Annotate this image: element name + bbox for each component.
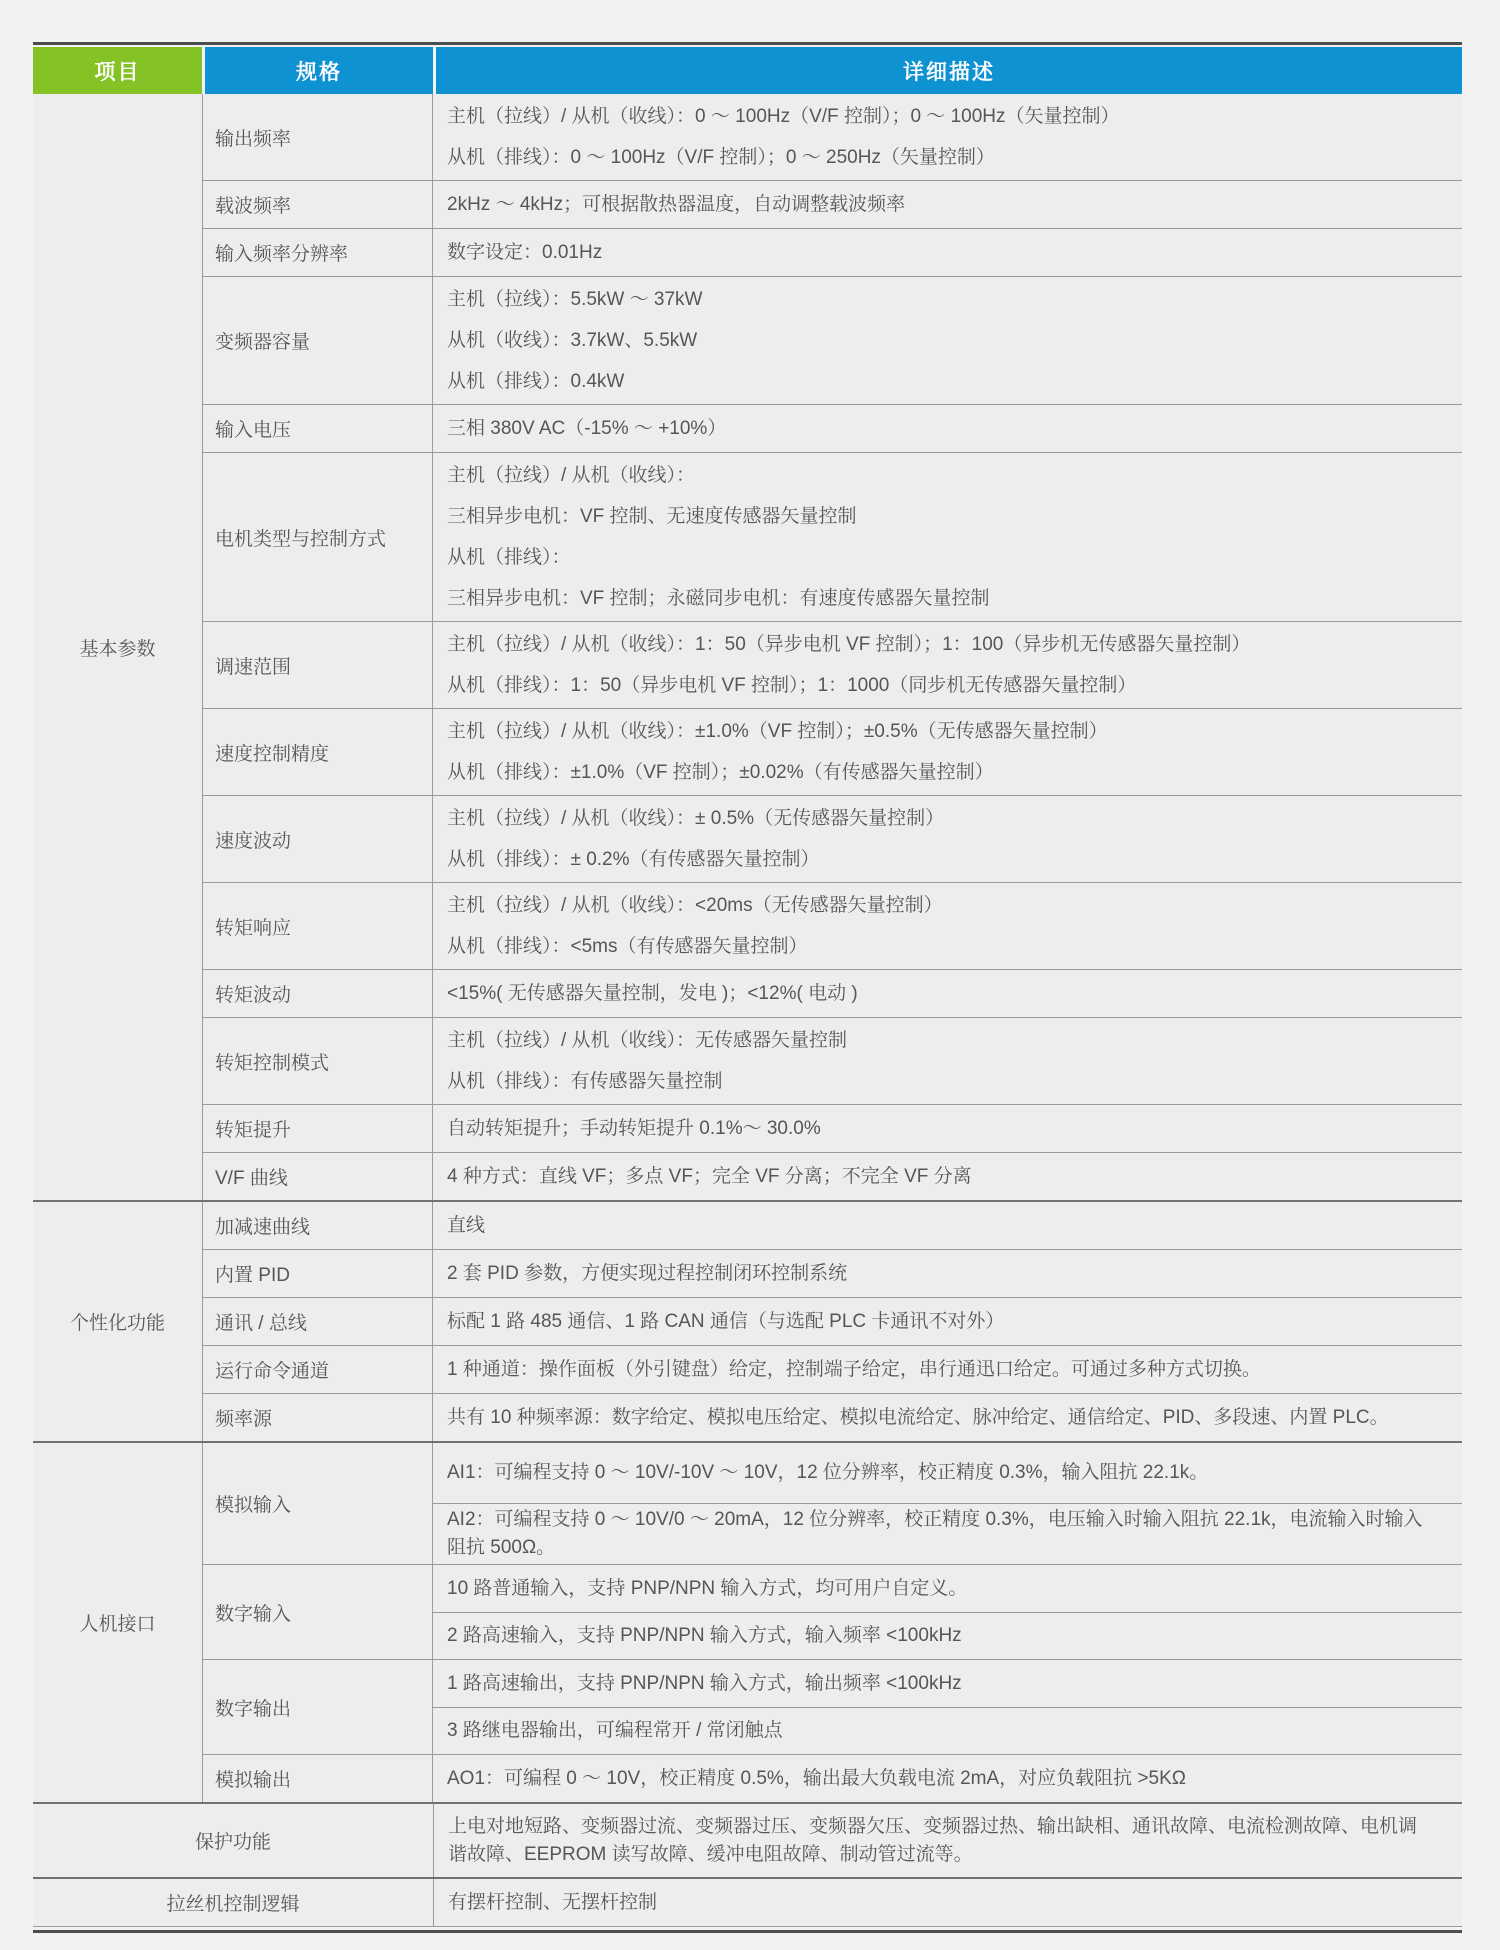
spec-sheet-page: 项目 规格 详细描述 基本参数输出频率主机（拉线）/ 从机（收线）：0 ～ 10… [0,0,1500,1950]
spec-row: 速度波动主机（拉线）/ 从机（收线）：± 0.5%（无传感器矢量控制）从机（排线… [203,795,1462,882]
table-top-rule [33,42,1462,45]
spec-row: 模拟输入AI1：可编程支持 0 ～ 10V/-10V ～ 10V，12 位分辨率… [203,1443,1462,1564]
spec-row: 模拟输出AO1：可编程 0 ～ 10V，校正精度 0.5%，输出最大负载电流 2… [203,1754,1462,1802]
description-rows: 直线 [433,1202,1462,1249]
description-cell: 主机（拉线）/ 从机（收线）：0 ～ 100Hz（V/F 控制）；0 ～ 100… [433,94,1462,180]
spec-label: 载波频率 [203,181,433,228]
spec-row: 转矩控制模式主机（拉线）/ 从机（收线）：无传感器矢量控制从机（排线）：有传感器… [203,1017,1462,1104]
description-cell: 上电对地短路、变频器过流、变频器过压、变频器欠压、变频器过热、输出缺相、通讯故障… [434,1804,1462,1877]
description-line: 从机（排线）：1：50（异步电机 VF 控制）；1：1000（同步机无传感器矢量… [433,665,1462,706]
description-line: AI2：可编程支持 0 ～ 10V/0 ～ 20mA，12 位分辨率，校正精度 … [433,1500,1462,1569]
spec-label: 电机类型与控制方式 [203,453,433,621]
spec-row: 电机类型与控制方式主机（拉线）/ 从机（收线）：三相异步电机：VF 控制、无速度… [203,452,1462,621]
description-cell: 3 路继电器输出，可编程常开 / 常闭触点 [433,1707,1462,1754]
description-line: 上电对地短路、变频器过流、变频器过压、变频器欠压、变频器过热、输出缺相、通讯故障… [434,1806,1462,1875]
description-line: 三相异步电机：VF 控制；永磁同步电机：有速度传感器矢量控制 [433,578,1462,619]
description-line: AO1：可编程 0 ～ 10V，校正精度 0.5%，输出最大负载电流 2mA，对… [433,1758,1462,1799]
description-rows: 2kHz ～ 4kHz；可根据散热器温度，自动调整载波频率 [433,181,1462,228]
spec-label: 数字输出 [203,1660,433,1754]
spec-label: 输入频率分辨率 [203,229,433,276]
description-line: 2kHz ～ 4kHz；可根据散热器温度，自动调整载波频率 [433,184,1462,225]
description-cell: 直线 [433,1202,1462,1249]
description-cell: 2 路高速输入，支持 PNP/NPN 输入方式，输入频率 <100kHz [433,1612,1462,1659]
spec-row: 有摆杆控制、无摆杆控制 [434,1879,1462,1926]
spec-row: 速度控制精度主机（拉线）/ 从机（收线）：±1.0%（VF 控制）；±0.5%（… [203,708,1462,795]
description-line: 主机（拉线）/ 从机（收线）：± 0.5%（无传感器矢量控制） [433,798,1462,839]
item-label: 保护功能 [33,1804,434,1877]
description-cell: 主机（拉线）/ 从机（收线）：± 0.5%（无传感器矢量控制）从机（排线）：± … [433,796,1462,882]
description-rows: 主机（拉线）/ 从机（收线）：<20ms（无传感器矢量控制）从机（排线）：<5m… [433,883,1462,969]
description-line: 主机（拉线）：5.5kW ～ 37kW [433,279,1462,320]
spec-row: 内置 PID2 套 PID 参数，方便实现过程控制闭环控制系统 [203,1249,1462,1297]
description-line: 2 套 PID 参数，方便实现过程控制闭环控制系统 [433,1253,1462,1294]
description-cell: 主机（拉线）/ 从机（收线）：三相异步电机：VF 控制、无速度传感器矢量控制从机… [433,453,1462,621]
description-line: 有摆杆控制、无摆杆控制 [434,1882,1462,1923]
spec-row: 运行命令通道1 种通道：操作面板（外引键盘）给定，控制端子给定，串行通迅口给定。… [203,1345,1462,1393]
spec-row: 调速范围主机（拉线）/ 从机（收线）：1：50（异步电机 VF 控制）；1：10… [203,621,1462,708]
description-rows: 三相 380V AC（-15% ～ +10%） [433,405,1462,452]
section-1: 个性化功能加减速曲线直线内置 PID2 套 PID 参数，方便实现过程控制闭环控… [33,1200,1462,1441]
description-rows: AO1：可编程 0 ～ 10V，校正精度 0.5%，输出最大负载电流 2mA，对… [433,1755,1462,1802]
description-line: 直线 [433,1205,1462,1246]
description-rows: 10 路普通输入，支持 PNP/NPN 输入方式，均可用户自定义。2 路高速输入… [433,1565,1462,1659]
description-cell: 数字设定：0.01Hz [433,229,1462,276]
description-line: 主机（拉线）/ 从机（收线）：无传感器矢量控制 [433,1020,1462,1061]
description-line: 10 路普通输入，支持 PNP/NPN 输入方式，均可用户自定义。 [433,1568,1462,1609]
spec-row: 频率源共有 10 种频率源：数字给定、模拟电压给定、模拟电流给定、脉冲给定、通信… [203,1393,1462,1441]
description-rows: 数字设定：0.01Hz [433,229,1462,276]
description-rows: <15%( 无传感器矢量控制，发电 )；<12%( 电动 ) [433,970,1462,1017]
spec-label: 运行命令通道 [203,1346,433,1393]
spec-row: 输出频率主机（拉线）/ 从机（收线）：0 ～ 100Hz（V/F 控制）；0 ～… [203,94,1462,180]
description-line: AI1：可编程支持 0 ～ 10V/-10V ～ 10V，12 位分辨率，校正精… [433,1453,1462,1494]
description-rows: 有摆杆控制、无摆杆控制 [434,1879,1462,1926]
spec-table: 项目 规格 详细描述 基本参数输出频率主机（拉线）/ 从机（收线）：0 ～ 10… [33,42,1462,1933]
spec-label: 输出频率 [203,94,433,180]
section-groups: 有摆杆控制、无摆杆控制 [434,1879,1462,1926]
item-label: 基本参数 [33,94,203,1200]
table-body: 基本参数输出频率主机（拉线）/ 从机（收线）：0 ～ 100Hz（V/F 控制）… [33,94,1462,1927]
description-rows: AI1：可编程支持 0 ～ 10V/-10V ～ 10V，12 位分辨率，校正精… [433,1443,1462,1564]
table-bottom-rule [33,1930,1462,1933]
description-line: 4 种方式：直线 VF；多点 VF；完全 VF 分离；不完全 VF 分离 [433,1156,1462,1197]
description-rows: 主机（拉线）/ 从机（收线）：±1.0%（VF 控制）；±0.5%（无传感器矢量… [433,709,1462,795]
description-cell: 1 种通道：操作面板（外引键盘）给定，控制端子给定，串行通迅口给定。可通过多种方… [433,1346,1462,1393]
description-line: 从机（收线）：3.7kW、5.5kW [433,320,1462,361]
spec-row: 上电对地短路、变频器过流、变频器过压、变频器欠压、变频器过热、输出缺相、通讯故障… [434,1804,1462,1877]
description-cell: 主机（拉线）：5.5kW ～ 37kW从机（收线）：3.7kW、5.5kW从机（… [433,277,1462,404]
table-header-row: 项目 规格 详细描述 [33,47,1462,94]
spec-row: 通讯 / 总线标配 1 路 485 通信、1 路 CAN 通信（与选配 PLC … [203,1297,1462,1345]
description-line: 主机（拉线）/ 从机（收线）：<20ms（无传感器矢量控制） [433,885,1462,926]
description-cell: 主机（拉线）/ 从机（收线）：±1.0%（VF 控制）；±0.5%（无传感器矢量… [433,709,1462,795]
section-groups: 加减速曲线直线内置 PID2 套 PID 参数，方便实现过程控制闭环控制系统通讯… [203,1202,1462,1441]
description-line: 共有 10 种频率源：数字给定、模拟电压给定、模拟电流给定、脉冲给定、通信给定、… [433,1397,1462,1438]
description-cell: 有摆杆控制、无摆杆控制 [434,1879,1462,1926]
spec-row: 载波频率2kHz ～ 4kHz；可根据散热器温度，自动调整载波频率 [203,180,1462,228]
description-cell: 10 路普通输入，支持 PNP/NPN 输入方式，均可用户自定义。 [433,1565,1462,1612]
description-rows: 主机（拉线）/ 从机（收线）：三相异步电机：VF 控制、无速度传感器矢量控制从机… [433,453,1462,621]
description-cell: 标配 1 路 485 通信、1 路 CAN 通信（与选配 PLC 卡通讯不对外） [433,1298,1462,1345]
description-rows: 主机（拉线）/ 从机（收线）：无传感器矢量控制从机（排线）：有传感器矢量控制 [433,1018,1462,1104]
description-cell: 主机（拉线）/ 从机（收线）：无传感器矢量控制从机（排线）：有传感器矢量控制 [433,1018,1462,1104]
section-4: 拉丝机控制逻辑有摆杆控制、无摆杆控制 [33,1877,1462,1926]
description-rows: 1 种通道：操作面板（外引键盘）给定，控制端子给定，串行通迅口给定。可通过多种方… [433,1346,1462,1393]
spec-label: 变频器容量 [203,277,433,404]
description-line: 从机（排线）：有传感器矢量控制 [433,1061,1462,1102]
description-rows: 主机（拉线）/ 从机（收线）：1：50（异步电机 VF 控制）；1：100（异步… [433,622,1462,708]
description-rows: 2 套 PID 参数，方便实现过程控制闭环控制系统 [433,1250,1462,1297]
spec-label: 转矩控制模式 [203,1018,433,1104]
section-2: 人机接口模拟输入AI1：可编程支持 0 ～ 10V/-10V ～ 10V，12 … [33,1441,1462,1802]
spec-row: 数字输入10 路普通输入，支持 PNP/NPN 输入方式，均可用户自定义。2 路… [203,1564,1462,1659]
section-groups: 模拟输入AI1：可编程支持 0 ～ 10V/-10V ～ 10V，12 位分辨率… [203,1443,1462,1802]
spec-row: 加减速曲线直线 [203,1202,1462,1249]
section-groups: 上电对地短路、变频器过流、变频器过压、变频器欠压、变频器过热、输出缺相、通讯故障… [434,1804,1462,1877]
spec-label: 转矩提升 [203,1105,433,1152]
description-cell: AO1：可编程 0 ～ 10V，校正精度 0.5%，输出最大负载电流 2mA，对… [433,1755,1462,1802]
spec-label: 转矩波动 [203,970,433,1017]
description-cell: 主机（拉线）/ 从机（收线）：1：50（异步电机 VF 控制）；1：100（异步… [433,622,1462,708]
description-cell: 2 套 PID 参数，方便实现过程控制闭环控制系统 [433,1250,1462,1297]
description-rows: 主机（拉线）：5.5kW ～ 37kW从机（收线）：3.7kW、5.5kW从机（… [433,277,1462,404]
spec-label: V/F 曲线 [203,1153,433,1200]
description-line: 主机（拉线）/ 从机（收线）：1：50（异步电机 VF 控制）；1：100（异步… [433,624,1462,665]
description-rows: 标配 1 路 485 通信、1 路 CAN 通信（与选配 PLC 卡通讯不对外） [433,1298,1462,1345]
spec-row: 转矩提升自动转矩提升；手动转矩提升 0.1%～ 30.0% [203,1104,1462,1152]
item-label: 个性化功能 [33,1202,203,1441]
description-cell: 1 路高速输出，支持 PNP/NPN 输入方式，输出频率 <100kHz [433,1660,1462,1707]
description-rows: 主机（拉线）/ 从机（收线）：0 ～ 100Hz（V/F 控制）；0 ～ 100… [433,94,1462,180]
description-cell: AI2：可编程支持 0 ～ 10V/0 ～ 20mA，12 位分辨率，校正精度 … [433,1503,1462,1564]
description-line: 从机（排线）：0.4kW [433,361,1462,402]
section-3: 保护功能上电对地短路、变频器过流、变频器过压、变频器欠压、变频器过热、输出缺相、… [33,1802,1462,1877]
description-rows: 共有 10 种频率源：数字给定、模拟电压给定、模拟电流给定、脉冲给定、通信给定、… [433,1394,1462,1441]
description-line: 1 种通道：操作面板（外引键盘）给定，控制端子给定，串行通迅口给定。可通过多种方… [433,1349,1462,1390]
description-line: 从机（排线）：±1.0%（VF 控制）；±0.02%（有传感器矢量控制） [433,752,1462,793]
col-header-spec: 规格 [205,47,433,94]
description-cell: 三相 380V AC（-15% ～ +10%） [433,405,1462,452]
description-cell: 共有 10 种频率源：数字给定、模拟电压给定、模拟电流给定、脉冲给定、通信给定、… [433,1394,1462,1441]
description-line: 主机（拉线）/ 从机（收线）：0 ～ 100Hz（V/F 控制）；0 ～ 100… [433,96,1462,137]
col-header-item: 项目 [33,47,202,94]
spec-row: 输入电压三相 380V AC（-15% ～ +10%） [203,404,1462,452]
spec-row: 变频器容量主机（拉线）：5.5kW ～ 37kW从机（收线）：3.7kW、5.5… [203,276,1462,404]
description-line: 自动转矩提升；手动转矩提升 0.1%～ 30.0% [433,1108,1462,1149]
section-0: 基本参数输出频率主机（拉线）/ 从机（收线）：0 ～ 100Hz（V/F 控制）… [33,94,1462,1200]
col-header-description: 详细描述 [436,47,1462,94]
description-rows: 主机（拉线）/ 从机（收线）：± 0.5%（无传感器矢量控制）从机（排线）：± … [433,796,1462,882]
description-cell: AI1：可编程支持 0 ～ 10V/-10V ～ 10V，12 位分辨率，校正精… [433,1443,1462,1503]
spec-row: V/F 曲线4 种方式：直线 VF；多点 VF；完全 VF 分离；不完全 VF … [203,1152,1462,1200]
description-line: 三相 380V AC（-15% ～ +10%） [433,408,1462,449]
description-line: <15%( 无传感器矢量控制，发电 )；<12%( 电动 ) [433,973,1462,1014]
description-rows: 上电对地短路、变频器过流、变频器过压、变频器欠压、变频器过热、输出缺相、通讯故障… [434,1804,1462,1877]
description-line: 三相异步电机：VF 控制、无速度传感器矢量控制 [433,496,1462,537]
description-line: 从机（排线）： [433,537,1462,578]
description-line: 从机（排线）：0 ～ 100Hz（V/F 控制）；0 ～ 250Hz（矢量控制） [433,137,1462,178]
section-groups: 输出频率主机（拉线）/ 从机（收线）：0 ～ 100Hz（V/F 控制）；0 ～… [203,94,1462,1200]
spec-row: 转矩响应主机（拉线）/ 从机（收线）：<20ms（无传感器矢量控制）从机（排线）… [203,882,1462,969]
description-cell: <15%( 无传感器矢量控制，发电 )；<12%( 电动 ) [433,970,1462,1017]
spec-row: 转矩波动<15%( 无传感器矢量控制，发电 )；<12%( 电动 ) [203,969,1462,1017]
spec-label: 速度控制精度 [203,709,433,795]
description-line: 主机（拉线）/ 从机（收线）： [433,455,1462,496]
description-line: 主机（拉线）/ 从机（收线）：±1.0%（VF 控制）；±0.5%（无传感器矢量… [433,711,1462,752]
description-line: 标配 1 路 485 通信、1 路 CAN 通信（与选配 PLC 卡通讯不对外） [433,1301,1462,1342]
spec-label: 速度波动 [203,796,433,882]
spec-label: 频率源 [203,1394,433,1441]
description-cell: 2kHz ～ 4kHz；可根据散热器温度，自动调整载波频率 [433,181,1462,228]
spec-label: 模拟输出 [203,1755,433,1802]
description-line: 2 路高速输入，支持 PNP/NPN 输入方式，输入频率 <100kHz [433,1616,1462,1657]
spec-label: 加减速曲线 [203,1202,433,1249]
description-line: 1 路高速输出，支持 PNP/NPN 输入方式，输出频率 <100kHz [433,1663,1462,1704]
spec-label: 转矩响应 [203,883,433,969]
description-cell: 4 种方式：直线 VF；多点 VF；完全 VF 分离；不完全 VF 分离 [433,1153,1462,1200]
item-label: 拉丝机控制逻辑 [33,1879,434,1926]
description-rows: 1 路高速输出，支持 PNP/NPN 输入方式，输出频率 <100kHz3 路继… [433,1660,1462,1754]
spec-label: 输入电压 [203,405,433,452]
spec-label: 数字输入 [203,1565,433,1659]
spec-label: 调速范围 [203,622,433,708]
description-line: 3 路继电器输出，可编程常开 / 常闭触点 [433,1711,1462,1752]
description-rows: 自动转矩提升；手动转矩提升 0.1%～ 30.0% [433,1105,1462,1152]
spec-label: 通讯 / 总线 [203,1298,433,1345]
description-line: 数字设定：0.01Hz [433,232,1462,273]
description-line: 从机（排线）：<5ms（有传感器矢量控制） [433,926,1462,967]
spec-row: 数字输出1 路高速输出，支持 PNP/NPN 输入方式，输出频率 <100kHz… [203,1659,1462,1754]
spec-label: 内置 PID [203,1250,433,1297]
description-cell: 主机（拉线）/ 从机（收线）：<20ms（无传感器矢量控制）从机（排线）：<5m… [433,883,1462,969]
item-label: 人机接口 [33,1443,203,1802]
spec-label: 模拟输入 [203,1443,433,1564]
description-cell: 自动转矩提升；手动转矩提升 0.1%～ 30.0% [433,1105,1462,1152]
spec-row: 输入频率分辨率数字设定：0.01Hz [203,228,1462,276]
description-line: 从机（排线）：± 0.2%（有传感器矢量控制） [433,839,1462,880]
description-rows: 4 种方式：直线 VF；多点 VF；完全 VF 分离；不完全 VF 分离 [433,1153,1462,1200]
